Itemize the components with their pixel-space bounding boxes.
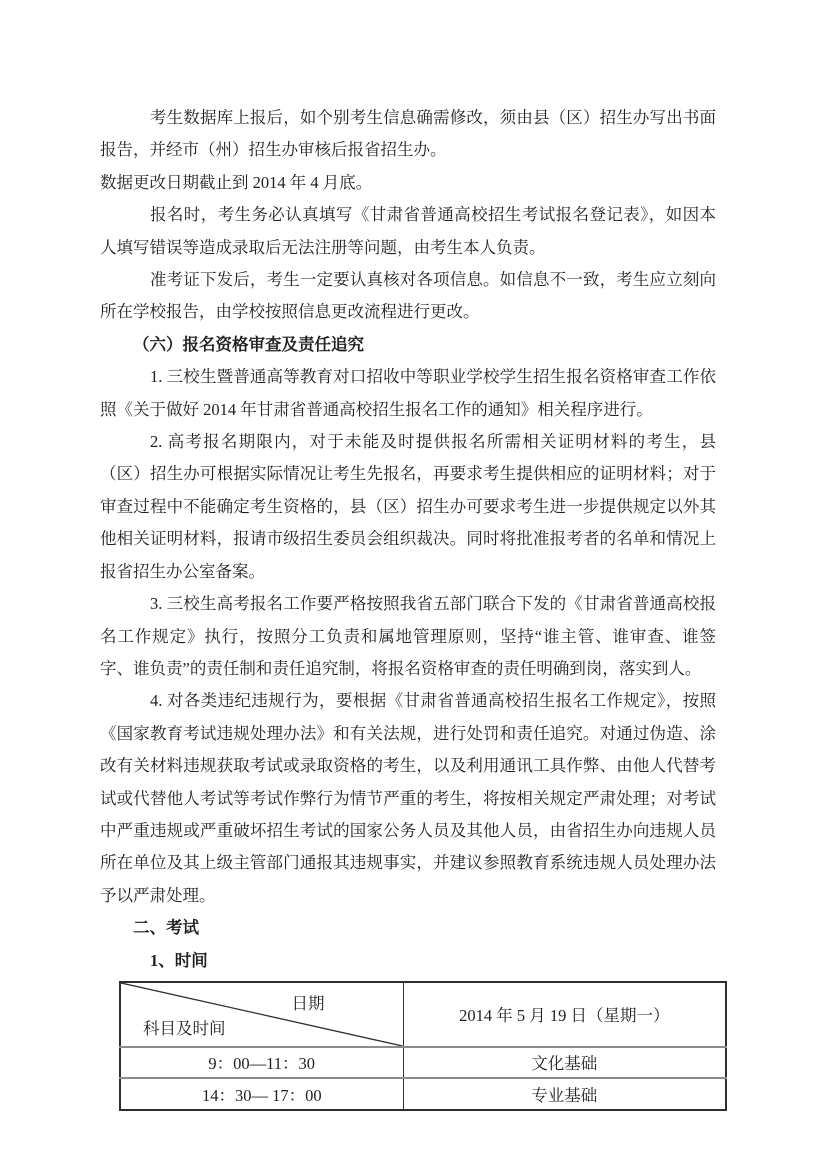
table-row: 9：00—11：30 文化基础 — [120, 1047, 726, 1078]
corner-subject-time-label: 科目及时间 — [143, 1015, 226, 1039]
heading-exam: 二、考试 — [100, 912, 716, 944]
corner-date-label: 日期 — [292, 990, 325, 1014]
exam-schedule-table: 日期 科目及时间 2014 年 5 月 19 日（星期一） 9：00—11：30… — [119, 981, 727, 1111]
table-row: 14：30— 17：00 专业基础 — [120, 1078, 726, 1110]
paragraph: 准考证下发后，考生一定要认真核对各项信息。如信息不一致，考生应立刻向所在学校报告… — [100, 264, 716, 329]
time-cell: 14：30— 17：00 — [120, 1078, 403, 1110]
body-text: 考生数据库上报后，如个别考生信息确需修改，须由县（区）招生办写出书面报告，并经市… — [100, 102, 716, 1111]
paragraph: 考生数据库上报后，如个别考生信息确需修改，须由县（区）招生办写出书面报告，并经市… — [100, 102, 716, 167]
paragraph: 2. 高考报名期限内，对于未能及时提供报名所需相关证明材料的考生，县（区）招生办… — [100, 426, 716, 588]
paragraph: 1. 三校生暨普通高等教育对口招收中等职业学校学生招生报名资格审查工作依照《关于… — [100, 361, 716, 426]
subject-cell: 专业基础 — [403, 1078, 726, 1110]
section-heading-6: （六）报名资格审查及责任追究 — [100, 329, 716, 361]
subject-cell: 文化基础 — [403, 1047, 726, 1078]
paragraph: 数据更改日期截止到 2014 年 4 月底。 — [100, 167, 716, 199]
paragraph: 报名时，考生务必认真填写《甘肃省普通高校招生考试报名登记表》，如因本人填写错误等… — [100, 199, 716, 264]
table-corner-cell: 日期 科目及时间 — [120, 982, 403, 1047]
paragraph: 3. 三校生高考报名工作要严格按照我省五部门联合下发的《甘肃省普通高校报名工作规… — [100, 588, 716, 685]
paragraph: 4. 对各类违纪违规行为，要根据《甘肃省普通高校招生报名工作规定》，按照《国家教… — [100, 685, 716, 912]
document-page: 考生数据库上报后，如个别考生信息确需修改，须由县（区）招生办写出书面报告，并经市… — [0, 0, 826, 1169]
date-header-cell: 2014 年 5 月 19 日（星期一） — [403, 982, 726, 1047]
heading-time: 1、时间 — [100, 945, 716, 977]
time-cell: 9：00—11：30 — [120, 1047, 403, 1078]
table-header-row: 日期 科目及时间 2014 年 5 月 19 日（星期一） — [120, 982, 726, 1047]
